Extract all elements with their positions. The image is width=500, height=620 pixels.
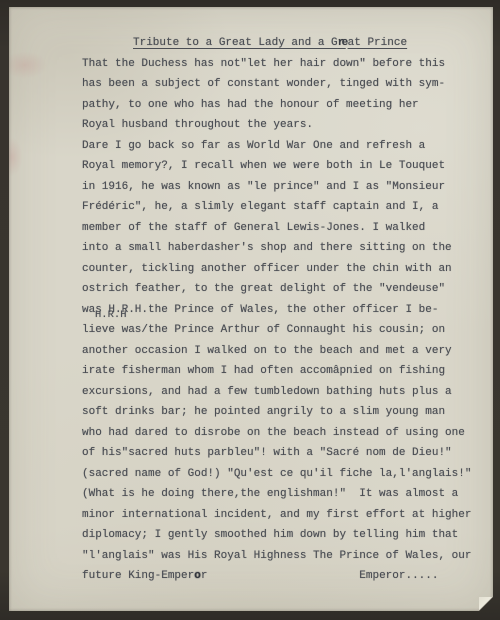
line-text: minor international incident, and my fir…	[82, 509, 471, 521]
text-line: That the Duchess has not"let her hair do…	[82, 54, 490, 75]
line-text: in 1916, he was known as "le prince" and…	[82, 181, 445, 193]
document-lines: That the Duchess has not"let her hair do…	[82, 54, 490, 587]
line-text: has been a subject of constant wonder, t…	[82, 78, 445, 90]
line-text: another occasion I walked on to the beac…	[82, 345, 452, 357]
line-text: soft drinks bar; he pointed angrily to a…	[82, 406, 445, 418]
line-text: ostrich feather, to the great delight of…	[82, 283, 445, 295]
text-line: excursions, and had a few tumbledown bat…	[82, 382, 490, 403]
title-text-post: at Prince	[348, 37, 407, 49]
title-text-pre: Tribute to a Great Lady and a G	[133, 37, 338, 49]
text-line: minor international incident, and my fir…	[82, 505, 490, 526]
line-text: That the Duchess has not"let her hair do…	[82, 58, 445, 70]
line-text: who had dared to disrobe on the beach in…	[82, 427, 465, 439]
document-page: Tribute to a Great Lady and a Great Prin…	[9, 7, 493, 611]
line-text: "l'anglais" was His Royal Highness The P…	[82, 550, 471, 562]
line-text: lieve was/the Prince Arthur of Connaught…	[82, 324, 445, 336]
text-line: diplomacy; I gently smoothed him down by…	[82, 525, 490, 546]
line-text: excursions, and had a few tumbledown bat…	[82, 386, 452, 398]
text-line: ostrich feather, to the great delight of…	[82, 279, 490, 300]
document-title: Tribute to a Great Lady and a Great Prin…	[133, 33, 490, 54]
text-line: in 1916, he was known as "le prince" and…	[82, 177, 490, 198]
text-line: member of the staff of General Lewis-Jon…	[82, 218, 490, 239]
line-text: was H.R.H.the Prince of Wales, the other…	[82, 304, 438, 316]
line-text: Emperor.....	[359, 570, 438, 582]
text-line: "l'anglais" was His Royal Highness The P…	[82, 546, 490, 567]
text-line: another occasion I walked on to the beac…	[82, 341, 490, 362]
text-line: has been a subject of constant wonder, t…	[82, 74, 490, 95]
scan-background: Tribute to a Great Lady and a Great Prin…	[0, 0, 500, 620]
document-content: Tribute to a Great Lady and a Great Prin…	[82, 33, 490, 587]
text-line: (sacred name of God!) "Qu'est ce qu'il f…	[82, 464, 490, 485]
line-text: Dare I go back so far as World War One a…	[82, 140, 425, 152]
folded-corner	[479, 597, 493, 611]
line-text: irate fisherman whom I had often accomâp…	[82, 365, 445, 377]
line-text: counter, tickling another officer under …	[82, 263, 452, 275]
line-text: diplomacy; I gently smoothed him down by…	[82, 529, 458, 541]
line-text: into a small haberdasher's shop and ther…	[82, 242, 452, 254]
text-line: who had dared to disrobe on the beach in…	[82, 423, 490, 444]
line-text: future King-Emper	[82, 570, 194, 582]
line-text	[207, 570, 359, 582]
text-line: Royal memory?, I recall when we were bot…	[82, 156, 490, 177]
text-line: Royal husband throughout the years.	[82, 115, 490, 136]
overstruck-character: o	[194, 570, 201, 582]
line-text: (sacred name of God!) "Qu'est ce qu'il f…	[82, 468, 471, 480]
text-line: Dare I go back so far as World War One a…	[82, 136, 490, 157]
text-line: (What is he doing there,the englishman!"…	[82, 484, 490, 505]
line-text: Frédéric", he, a slimly elegant staff ca…	[82, 201, 438, 213]
text-line: was H.R.H.the Prince of Wales, the other…	[82, 300, 490, 321]
line-text: member of the staff of General Lewis-Jon…	[82, 222, 425, 234]
line-text: Royal husband throughout the years.	[82, 119, 313, 131]
text-line: future King-Emperor Emperor.....	[82, 566, 490, 587]
text-line: lieve was/the Prince Arthur of Connaught…	[82, 320, 490, 341]
text-line: counter, tickling another officer under …	[82, 259, 490, 280]
text-line: into a small haberdasher's shop and ther…	[82, 238, 490, 259]
line-text: of his"sacred huts parbleu"! with a "Sac…	[82, 447, 452, 459]
text-line: irate fisherman whom I had often accomâp…	[82, 361, 490, 382]
line-text: pathy, to one who has had the honour of …	[82, 99, 419, 111]
text-line: soft drinks bar; he pointed angrily to a…	[82, 402, 490, 423]
text-line: Frédéric", he, a slimly elegant staff ca…	[82, 197, 490, 218]
line-text: (What is he doing there,the englishman!"…	[82, 488, 458, 500]
interline-insertion: H.R.H	[95, 310, 127, 320]
title-overtyped-letters: re	[338, 37, 346, 49]
text-line: pathy, to one who has had the honour of …	[82, 95, 490, 116]
line-text: Royal memory?, I recall when we were bot…	[82, 160, 445, 172]
text-line: of his"sacred huts parbleu"! with a "Sac…	[82, 443, 490, 464]
